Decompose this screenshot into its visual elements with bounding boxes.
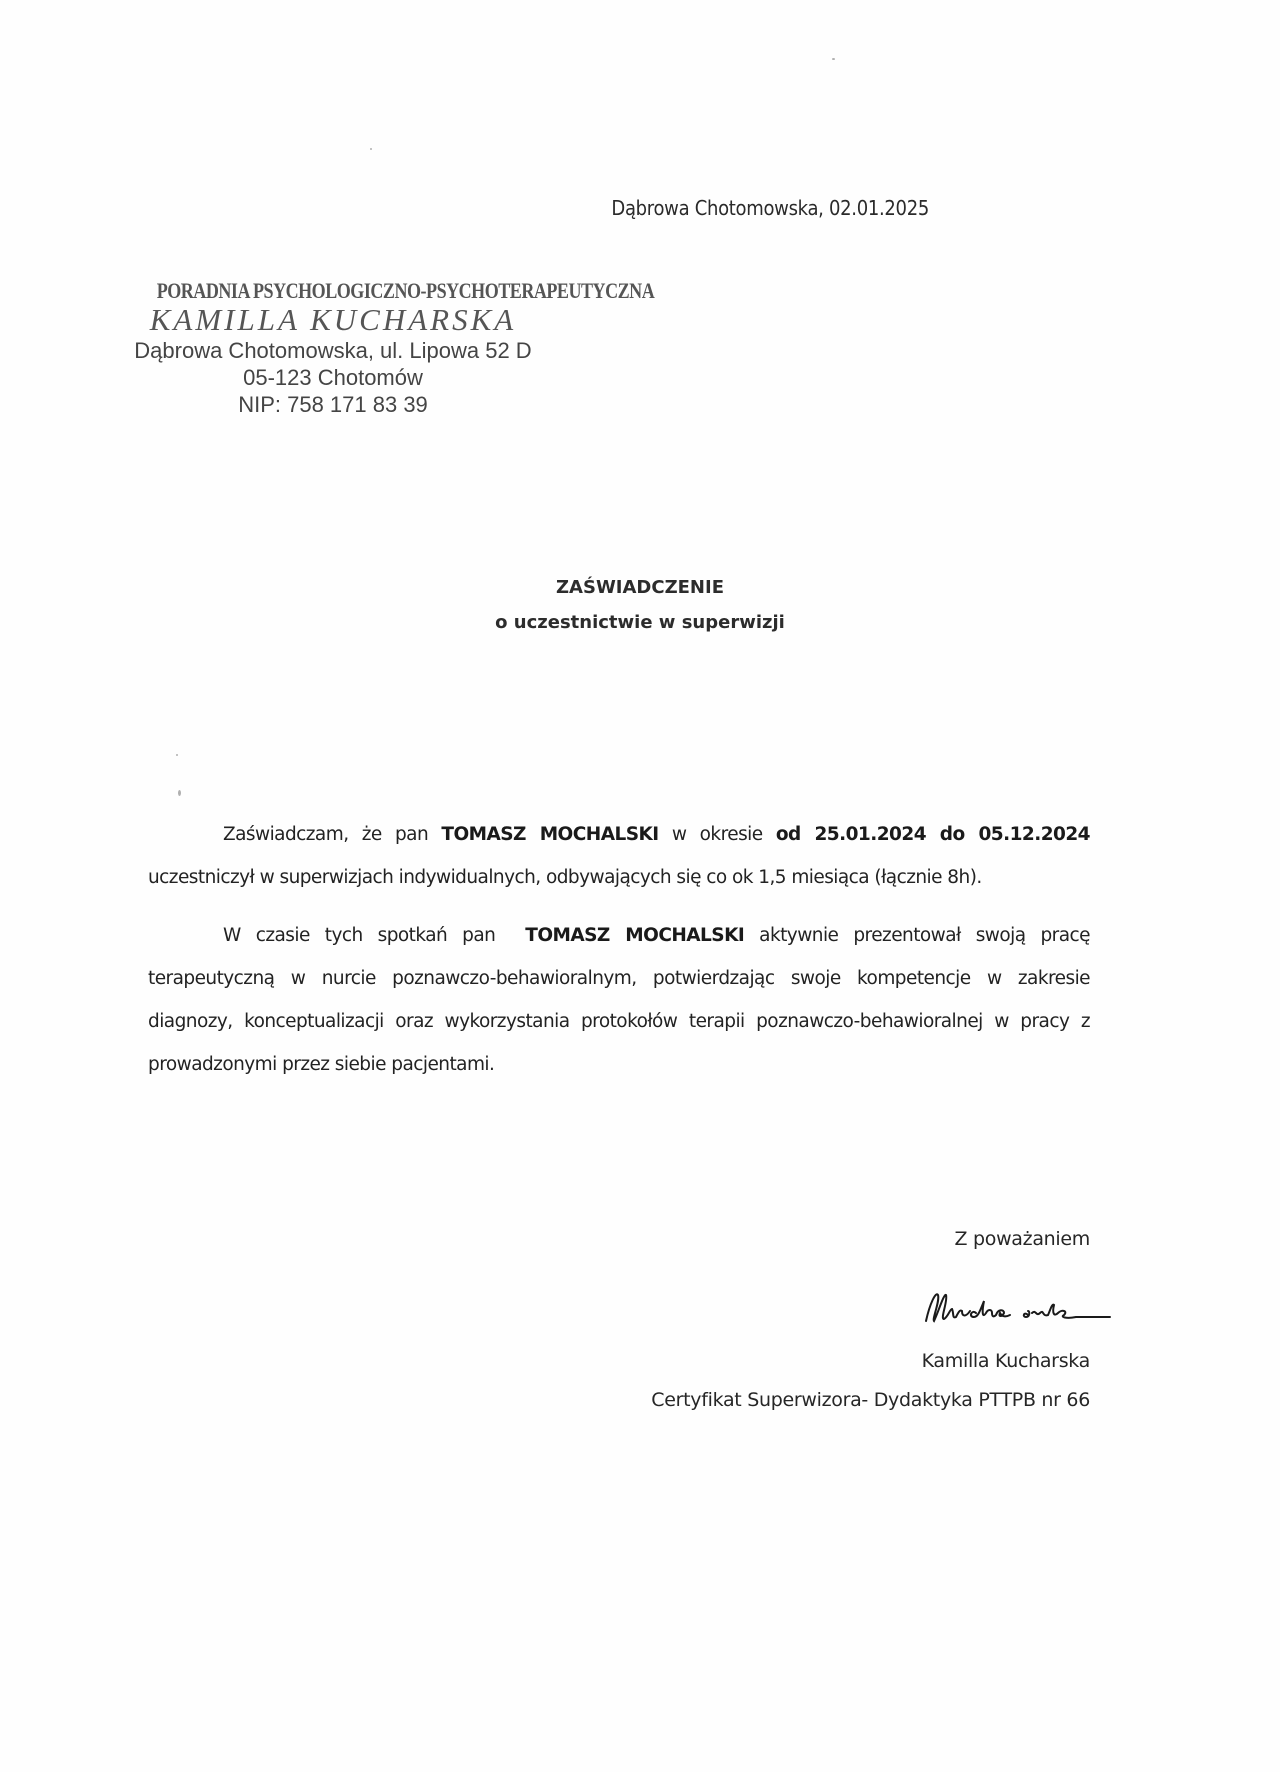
scan-speck: [370, 148, 372, 150]
scan-speck: [176, 754, 178, 756]
scan-speck: [178, 790, 181, 796]
document-title: ZAŚWIADCZENIE: [0, 577, 1280, 598]
document-page: Dąbrowa Chotomowska, 02.01.2025 PORADNIA…: [0, 0, 1280, 1772]
p1-mid: w okresie: [659, 824, 776, 845]
participant-name-2: TOMASZ MOCHALSKI: [525, 925, 744, 946]
stamp-postal-code: 05-123 Chotomów: [118, 365, 548, 391]
stamp-street-address: Dąbrowa Chotomowska, ul. Lipowa 52 D: [118, 338, 548, 364]
document-heading: ZAŚWIADCZENIE o uczestnictwie w superwiz…: [0, 577, 1280, 633]
stamp-institution-name: PORADNIA PSYCHOLOGICZNO-PSYCHOTERAPEUTYC…: [157, 278, 510, 304]
signer-certificate: Certyfikat Superwizora- Dydaktyka PTTPB …: [651, 1389, 1090, 1411]
document-subtitle: o uczestnictwie w superwizji: [0, 612, 1280, 633]
p2-pre: W czasie tych spotkań pan: [223, 925, 525, 946]
p1-post: uczestniczył w superwizjach indywidualny…: [148, 867, 982, 888]
institution-stamp: PORADNIA PSYCHOLOGICZNO-PSYCHOTERAPEUTYC…: [118, 278, 548, 418]
closing-phrase: Z poważaniem: [955, 1228, 1090, 1250]
signature-icon: [918, 1283, 1128, 1333]
supervision-period: od 25.01.2024 do 05.12.2024: [776, 824, 1090, 845]
p2-post: aktywnie prezentował swoją pracę terapeu…: [148, 925, 1090, 1075]
place-and-date: Dąbrowa Chotomowska, 02.01.2025: [611, 196, 929, 220]
paragraph-2: W czasie tych spotkań pan TOMASZ MOCHALS…: [148, 914, 1090, 1086]
paragraph-1: Zaświadczam, że pan TOMASZ MOCHALSKI w o…: [148, 813, 1090, 899]
participant-name: TOMASZ MOCHALSKI: [441, 824, 658, 845]
signer-name: Kamilla Kucharska: [922, 1350, 1090, 1372]
stamp-tax-id: NIP: 758 171 83 39: [118, 392, 548, 418]
p1-pre: Zaświadczam, że pan: [223, 824, 441, 845]
stamp-owner-name: KAMILLA KUCHARSKA: [118, 302, 548, 338]
scan-speck: [832, 58, 835, 60]
